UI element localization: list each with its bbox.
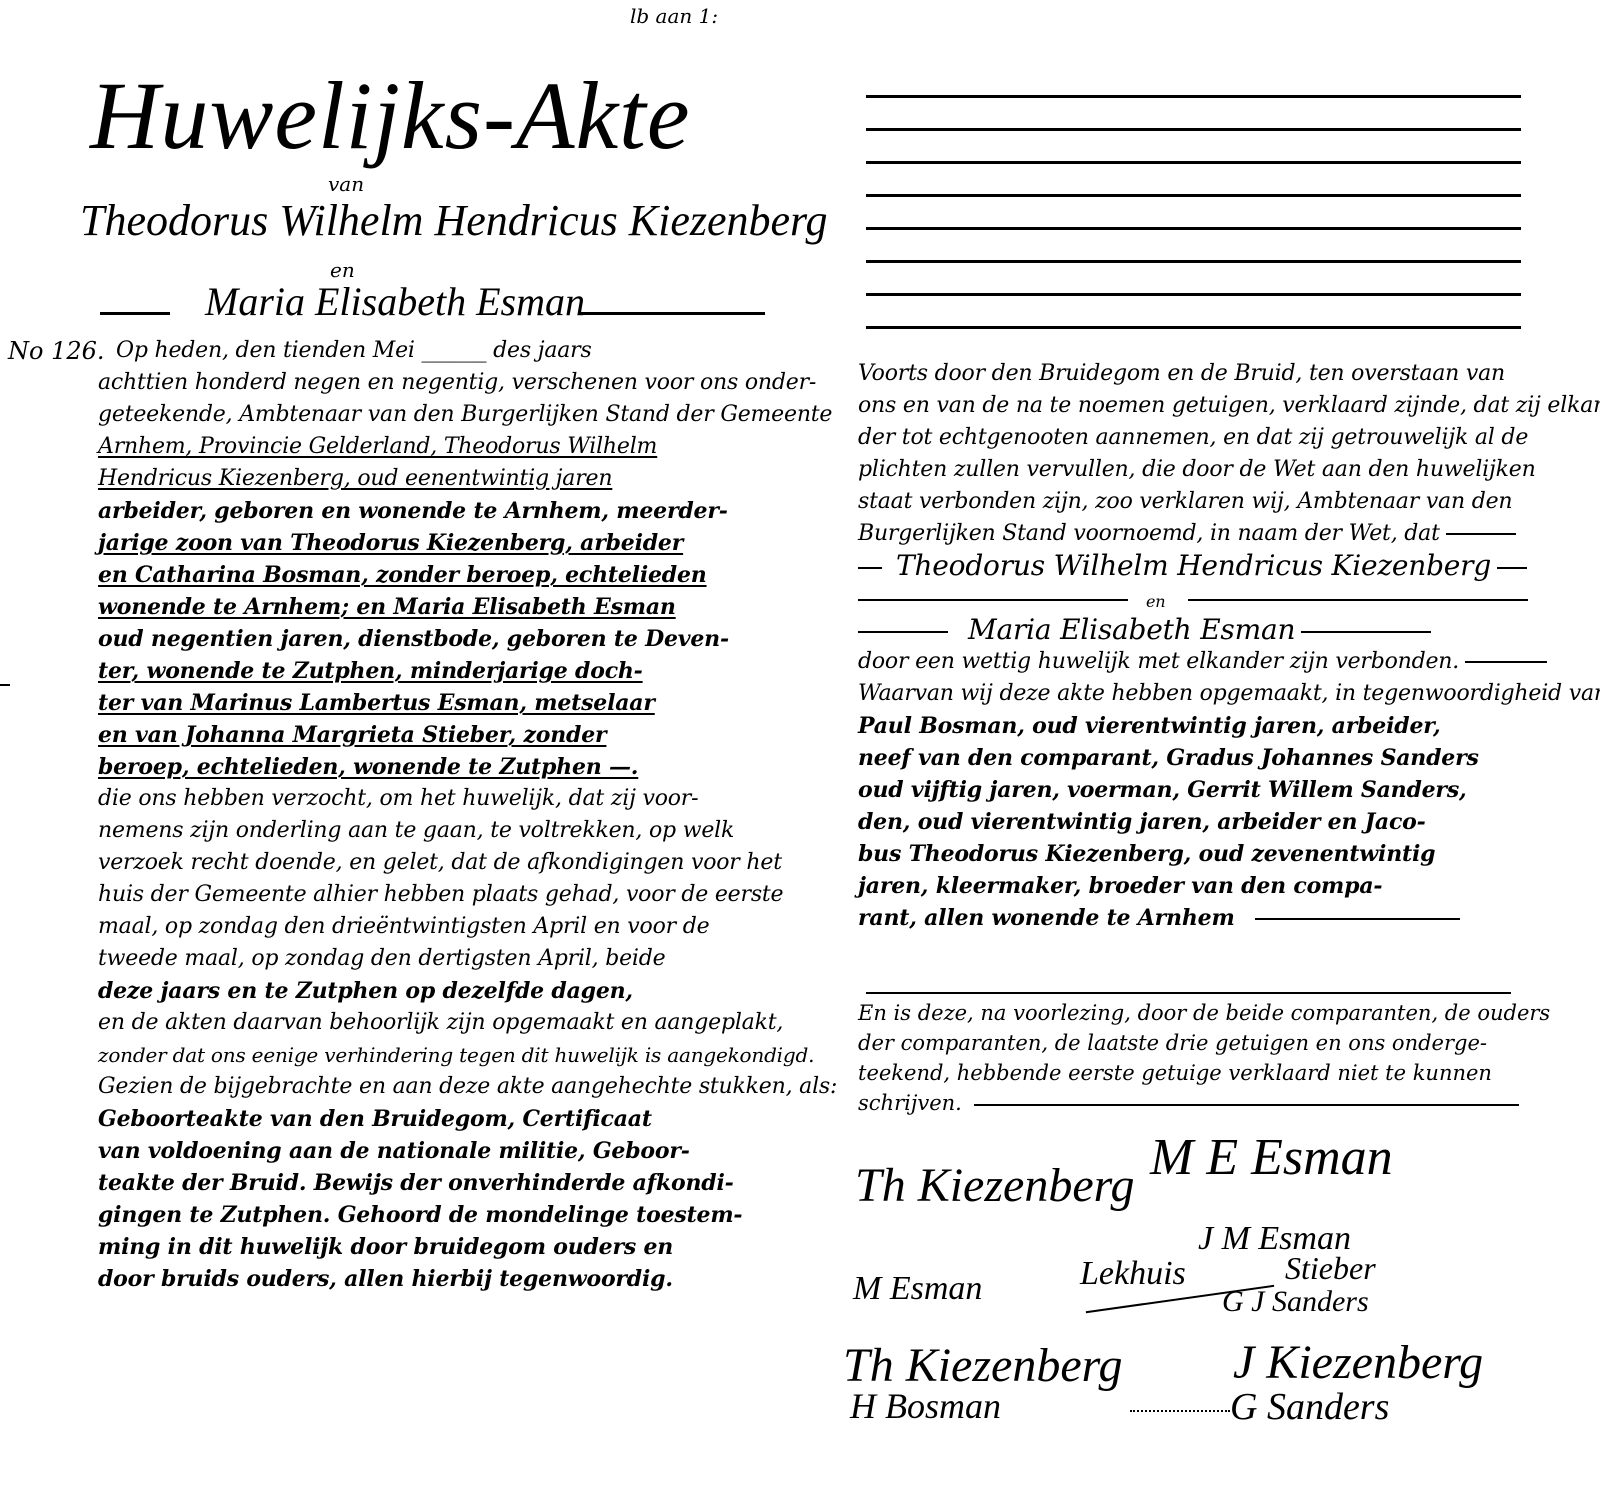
text-line: ming in dit huwelijk door bruidegom oude… bbox=[98, 1231, 778, 1263]
fill-rule bbox=[1446, 533, 1516, 535]
text-line-content: door een wettig huwelijk met elkander zi… bbox=[858, 649, 1459, 674]
fill-rule bbox=[1255, 918, 1460, 920]
fill-rule bbox=[858, 567, 882, 569]
margin-mark bbox=[0, 684, 10, 686]
text-line: huis der Gemeente alhier hebben plaats g… bbox=[98, 879, 778, 911]
en-label-right: en bbox=[1146, 586, 1165, 618]
blank-rule bbox=[866, 161, 1521, 164]
text-line: schrijven. bbox=[858, 1088, 1548, 1118]
groom-name-heading: Theodorus Wilhelm Hendricus Kiezenberg bbox=[80, 195, 828, 246]
text-line: ter van Marinus Lambertus Esman, metsela… bbox=[98, 687, 778, 719]
en-line: en bbox=[858, 582, 1548, 614]
text-line: Voorts door den Bruidegom en de Bruid, t… bbox=[858, 358, 1548, 390]
section-divider bbox=[866, 992, 1511, 994]
fill-rule bbox=[1188, 599, 1528, 601]
blank-rule bbox=[866, 326, 1521, 329]
text-line: rant, allen wonende te Arnhem bbox=[858, 902, 1548, 934]
blank-rule bbox=[866, 194, 1521, 197]
text-line: die ons hebben verzocht, om het huwelijk… bbox=[98, 783, 778, 815]
text-line: oud vijftig jaren, voerman, Gerrit Wille… bbox=[858, 774, 1548, 806]
text-line: wonende te Arnhem; en Maria Elisabeth Es… bbox=[98, 591, 778, 623]
text-line: ter, wonende te Zutphen, minderjarige do… bbox=[98, 655, 778, 687]
blank-rule bbox=[866, 128, 1521, 131]
text-line: Burgerlijken Stand voornoemd, in naam de… bbox=[858, 518, 1548, 550]
text-line: deze jaars en te Zutphen op dezelfde dag… bbox=[98, 975, 778, 1007]
text-line: der comparanten, de laatste drie getuige… bbox=[858, 1028, 1548, 1058]
signature-witness: Stieber bbox=[1285, 1250, 1376, 1287]
bride-name: Maria Elisabeth Esman bbox=[968, 613, 1295, 646]
text-line: Waarvan wij deze akte hebben opgemaakt, … bbox=[858, 678, 1548, 710]
dotted-connector bbox=[1130, 1410, 1230, 1412]
text-line: van voldoening aan de nationale militie,… bbox=[98, 1135, 778, 1167]
text-line: verzoek recht doende, en gelet, dat de a… bbox=[98, 847, 778, 879]
blank-rule bbox=[866, 95, 1521, 98]
text-line: staat verbonden zijn, zoo verklaren wij,… bbox=[858, 486, 1548, 518]
text-line: beroep, echtelieden, wonende te Zutphen … bbox=[98, 751, 778, 783]
bride-name-heading: Maria Elisabeth Esman bbox=[205, 278, 585, 325]
text-line: maal, op zondag den drieëntwintigsten Ap… bbox=[98, 911, 778, 943]
text-line: teakte der Bruid. Bewijs der onverhinder… bbox=[98, 1167, 778, 1199]
text-line: den, oud vierentwintig jaren, arbeider e… bbox=[858, 806, 1548, 838]
text-line: jarige zoon van Theodorus Kiezenberg, ar… bbox=[98, 527, 778, 559]
text-line: En is deze, na voorlezing, door de beide… bbox=[858, 998, 1548, 1028]
text-line: Gezien de bijgebrachte en aan deze akte … bbox=[98, 1071, 778, 1103]
corner-annotation: lb aan 1: bbox=[630, 4, 718, 28]
signature-witness: G Sanders bbox=[1230, 1385, 1389, 1429]
text-line: zonder dat ons eenige verhindering tegen… bbox=[98, 1039, 778, 1071]
fill-rule bbox=[1301, 631, 1431, 633]
signature-groom: Th Kiezenberg bbox=[855, 1158, 1135, 1213]
blank-ruled-lines bbox=[866, 95, 1521, 359]
groom-name-line: Theodorus Wilhelm Hendricus Kiezenberg bbox=[858, 550, 1548, 582]
text-line: Hendricus Kiezenberg, oud eenentwintig j… bbox=[98, 463, 778, 495]
text-line: bus Theodorus Kiezenberg, oud zevenentwi… bbox=[858, 838, 1548, 870]
text-line: geteekende, Ambtenaar van den Burgerlijk… bbox=[98, 399, 778, 431]
text-line: Op heden, den tienden Mei ______ des jaa… bbox=[98, 335, 778, 367]
van-label: van bbox=[328, 172, 364, 196]
signature-official: Lekhuis bbox=[1080, 1255, 1186, 1293]
text-line: Arnhem, Provincie Gelderland, Theodorus … bbox=[98, 431, 778, 463]
text-line: tweede maal, op zondag den dertigsten Ap… bbox=[98, 943, 778, 975]
rule-left bbox=[100, 312, 170, 315]
text-line: der tot echtgenooten aannemen, en dat zi… bbox=[858, 422, 1548, 454]
akte-number: No 126. bbox=[8, 337, 105, 365]
marriage-certificate-scan: lb aan 1: Huwelijks-Akte van Theodorus W… bbox=[0, 0, 1600, 1500]
signature-witness: J Kiezenberg bbox=[1233, 1335, 1483, 1390]
fill-rule bbox=[1465, 661, 1547, 663]
blank-rule bbox=[866, 260, 1521, 263]
blank-rule bbox=[866, 293, 1521, 296]
fill-rule bbox=[974, 1104, 1519, 1106]
text-line: Geboorteakte van den Bruidegom, Certific… bbox=[98, 1103, 778, 1135]
text-line: door bruids ouders, allen hierbij tegenw… bbox=[98, 1263, 778, 1295]
groom-name: Theodorus Wilhelm Hendricus Kiezenberg bbox=[896, 549, 1491, 582]
fill-rule bbox=[858, 631, 948, 633]
text-line: achttien honderd negen en negentig, vers… bbox=[98, 367, 778, 399]
text-line-content: Burgerlijken Stand voornoemd, in naam de… bbox=[858, 521, 1440, 546]
text-line: en de akten daarvan behoorlijk zijn opge… bbox=[98, 1007, 778, 1039]
text-line: neef van den comparant, Gradus Johannes … bbox=[858, 742, 1548, 774]
closing-text: En is deze, na voorlezing, door de beide… bbox=[858, 998, 1548, 1118]
text-line: jaren, kleermaker, broeder van den compa… bbox=[858, 870, 1548, 902]
text-line: nemens zijn onderling aan te gaan, te vo… bbox=[98, 815, 778, 847]
text-line: arbeider, geboren en wonende te Arnhem, … bbox=[98, 495, 778, 527]
bride-name-line: Maria Elisabeth Esman bbox=[858, 614, 1548, 646]
fill-rule bbox=[858, 599, 1128, 601]
signature-bride: M E Esman bbox=[1150, 1128, 1393, 1187]
text-line: Paul Bosman, oud vierentwintig jaren, ar… bbox=[858, 710, 1548, 742]
text-line-content: schrijven. bbox=[858, 1091, 962, 1115]
left-body-text: Op heden, den tienden Mei ______ des jaa… bbox=[98, 335, 778, 1295]
rule-right bbox=[580, 312, 765, 315]
right-body-text: Voorts door den Bruidegom en de Bruid, t… bbox=[858, 358, 1548, 934]
text-line-content: rant, allen wonende te Arnhem bbox=[858, 905, 1235, 931]
signature-witness: H Bosman bbox=[850, 1385, 1001, 1427]
text-line: ons en van de na te noemen getuigen, ver… bbox=[858, 390, 1548, 422]
bride-name-heading-row: Maria Elisabeth Esman bbox=[100, 278, 765, 328]
signature-witness: M Esman bbox=[853, 1270, 982, 1308]
text-line: plichten zullen vervullen, die door de W… bbox=[858, 454, 1548, 486]
signature-witness: G J Sanders bbox=[1222, 1285, 1369, 1319]
text-line: oud negentien jaren, dienstbode, geboren… bbox=[98, 623, 778, 655]
text-line: en van Johanna Margrieta Stieber, zonder bbox=[98, 719, 778, 751]
text-line: door een wettig huwelijk met elkander zi… bbox=[858, 646, 1548, 678]
document-title: Huwelijks-Akte bbox=[90, 60, 690, 171]
fill-rule bbox=[1497, 567, 1527, 569]
text-line: en Catharina Bosman, zonder beroep, echt… bbox=[98, 559, 778, 591]
text-line: teekend, hebbende eerste getuige verklaa… bbox=[858, 1058, 1548, 1088]
text-line: gingen te Zutphen. Gehoord de mondelinge… bbox=[98, 1199, 778, 1231]
blank-rule bbox=[866, 227, 1521, 230]
